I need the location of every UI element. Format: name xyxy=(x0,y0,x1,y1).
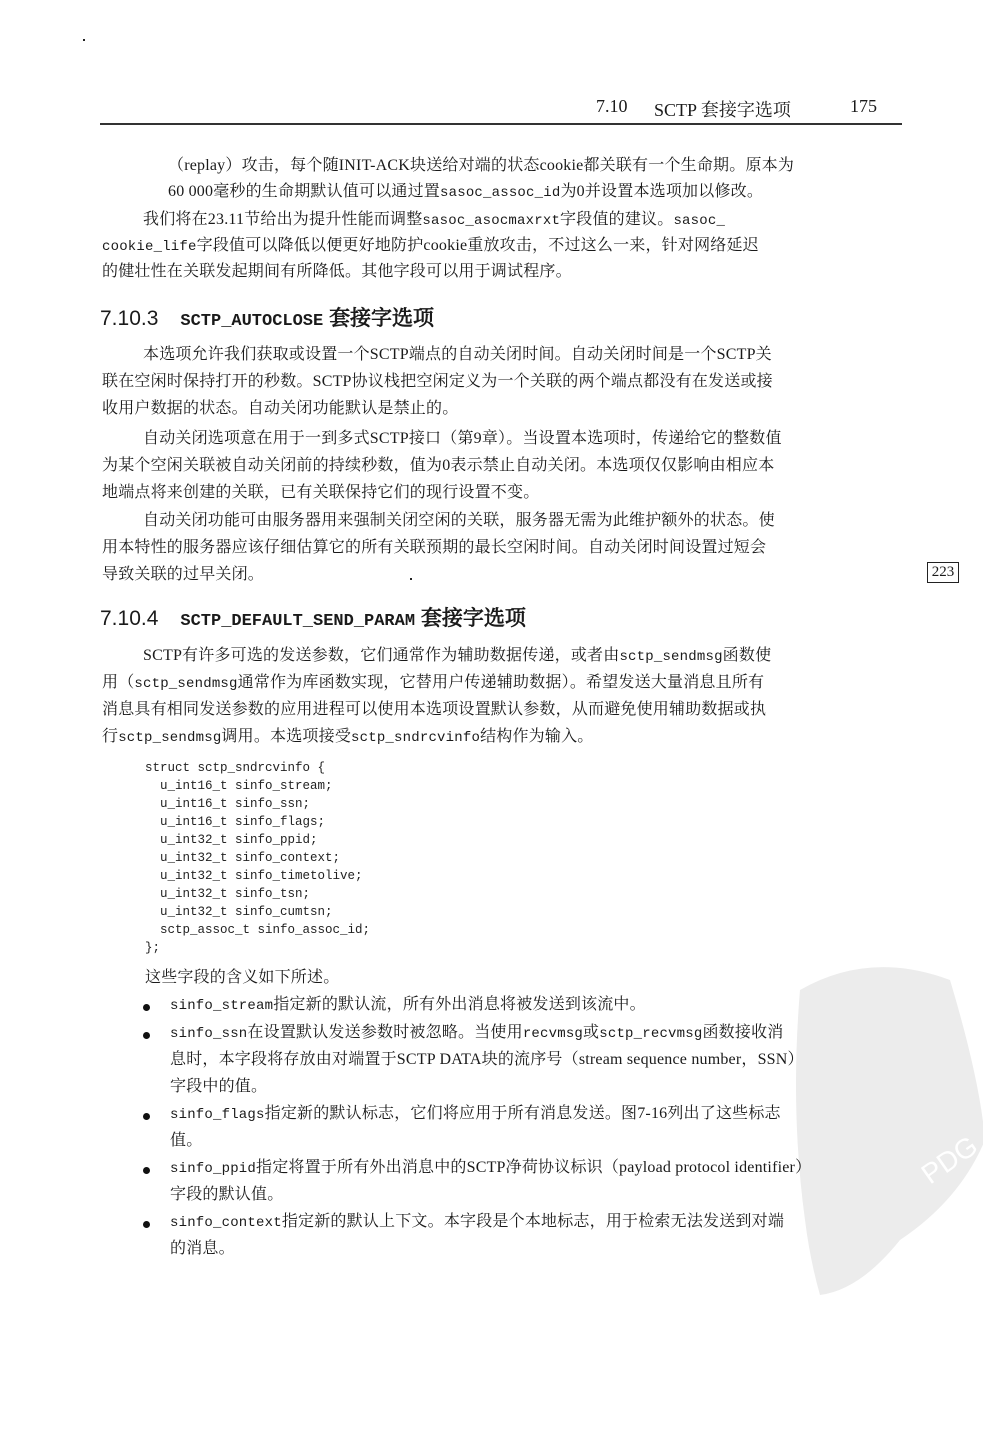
code-line: u_int32_t sinfo_cumtsn; xyxy=(145,903,333,921)
text-line: 的健壮性在关联发起期间有所降低。其他字段可以用于调试程序。 xyxy=(102,260,572,284)
text-line: SCTP有许多可选的发送参数，它们通常作为辅助数据传递，或者由sctp_send… xyxy=(143,644,771,669)
bullet-icon xyxy=(143,1032,150,1039)
list-item-continuation: 的消息。 xyxy=(170,1237,235,1261)
scan-speck xyxy=(83,39,85,41)
code-line: u_int16_t sinfo_ssn; xyxy=(145,795,310,813)
header-section-number: 7.10 xyxy=(596,96,628,117)
bullet-icon xyxy=(143,1004,150,1011)
watermark-logo: PDG xyxy=(780,960,983,1300)
list-item: sinfo_context指定新的默认上下文。本字段是个本地标志，用于检索无法发… xyxy=(170,1210,784,1235)
code-line: u_int32_t sinfo_ppid; xyxy=(145,831,318,849)
code-line: u_int16_t sinfo_flags; xyxy=(145,813,325,831)
bullet-icon xyxy=(143,1167,150,1174)
text-line: 60 000毫秒的生命期默认值可以通过置sasoc_assoc_id为0并设置本… xyxy=(168,180,763,205)
page-number: 175 xyxy=(850,96,877,117)
svg-text:PDG: PDG xyxy=(916,1130,983,1190)
text-line: 联在空闲时保持打开的秒数。SCTP协议栈把空闲定义为一个关联的两个端点都没有在发… xyxy=(102,370,773,394)
code-line: }; xyxy=(145,939,160,957)
bullet-icon xyxy=(143,1221,150,1228)
text-line: 用本特性的服务器应该仔细估算它的所有关联预期的最长空闲时间。自动关闭时间设置过短… xyxy=(102,536,766,560)
code-line: sctp_assoc_t sinfo_assoc_id; xyxy=(145,921,370,939)
text-line: cookie_life字段值可以降低以便更好地防护cookie重放攻击，不过这么… xyxy=(102,234,759,259)
code-line: u_int32_t sinfo_context; xyxy=(145,849,340,867)
text-line: 行sctp_sendmsg调用。本选项接受sctp_sndrcvinfo结构作为… xyxy=(102,725,593,750)
text-line: （replay）攻击，每个随INIT-ACK块送给对端的状态cookie都关联有… xyxy=(168,154,794,178)
list-item: sinfo_ssn在设置默认发送参数时被忽略。当使用recvmsg或sctp_r… xyxy=(170,1021,783,1046)
list-item-continuation: 字段的默认值。 xyxy=(170,1183,283,1207)
scan-speck xyxy=(410,578,412,580)
bullet-icon xyxy=(143,1113,150,1120)
list-item-continuation: 值。 xyxy=(170,1129,202,1153)
list-item-continuation: 息时，本字段将存放由对端置于SCTP DATA块的流序号（stream sequ… xyxy=(170,1048,804,1072)
text-line: 为某个空闲关联被自动关闭前的持续秒数，值为0表示禁止自动关闭。本选项仅仅影响由相… xyxy=(102,454,774,478)
code-line: u_int32_t sinfo_tsn; xyxy=(145,885,310,903)
list-item: sinfo_flags指定新的默认标志，它们将应用于所有消息发送。图7-16列出… xyxy=(170,1102,781,1127)
margin-page-reference: 223 xyxy=(927,562,959,583)
text-line: 用（sctp_sendmsg通常作为库函数实现，它替用户传递辅助数据）。希望发送… xyxy=(102,671,764,696)
code-line: u_int32_t sinfo_timetolive; xyxy=(145,867,363,885)
list-item: sinfo_ppid指定将置于所有外出消息中的SCTP净荷协议标识（payloa… xyxy=(170,1156,811,1181)
text-line: 收用户数据的状态。自动关闭功能默认是禁止的。 xyxy=(102,397,458,421)
text-line: 自动关闭选项意在用于一到多式SCTP接口（第9章）。当设置本选项时，传递给它的整… xyxy=(143,427,782,451)
text-line: 地端点将来创建的关联，已有关联保持它们的现行设置不变。 xyxy=(102,481,539,505)
list-item: sinfo_stream指定新的默认流，所有外出消息将被发送到该流中。 xyxy=(170,993,646,1018)
list-item-continuation: 字段中的值。 xyxy=(170,1075,267,1099)
text-line: 本选项允许我们获取或设置一个SCTP端点的自动关闭时间。自动关闭时间是一个SCT… xyxy=(143,343,772,367)
text-line: 导致关联的过早关闭。 xyxy=(102,563,264,587)
code-line: struct sctp_sndrcvinfo { xyxy=(145,759,325,777)
text-line: 这些字段的含义如下所述。 xyxy=(145,966,339,990)
header-title: SCTP 套接字选项 xyxy=(654,96,791,122)
text-line: 我们将在23.11节给出为提升性能而调整sasoc_asocmaxrxt字段值的… xyxy=(143,208,725,233)
text-line: 自动关闭功能可由服务器用来强制关闭空闲的关联，服务器无需为此维护额外的状态。使 xyxy=(143,509,775,533)
header-rule xyxy=(100,123,902,125)
section-heading-7-10-3: 7.10.3SCTP_AUTOCLOSE 套接字选项 xyxy=(100,302,434,332)
code-line: u_int16_t sinfo_stream; xyxy=(145,777,333,795)
section-heading-7-10-4: 7.10.4SCTP_DEFAULT_SEND_PARAM 套接字选项 xyxy=(100,602,526,632)
text-line: 消息具有相同发送参数的应用进程可以使用本选项设置默认参数，从而避免使用辅助数据或… xyxy=(102,698,766,722)
